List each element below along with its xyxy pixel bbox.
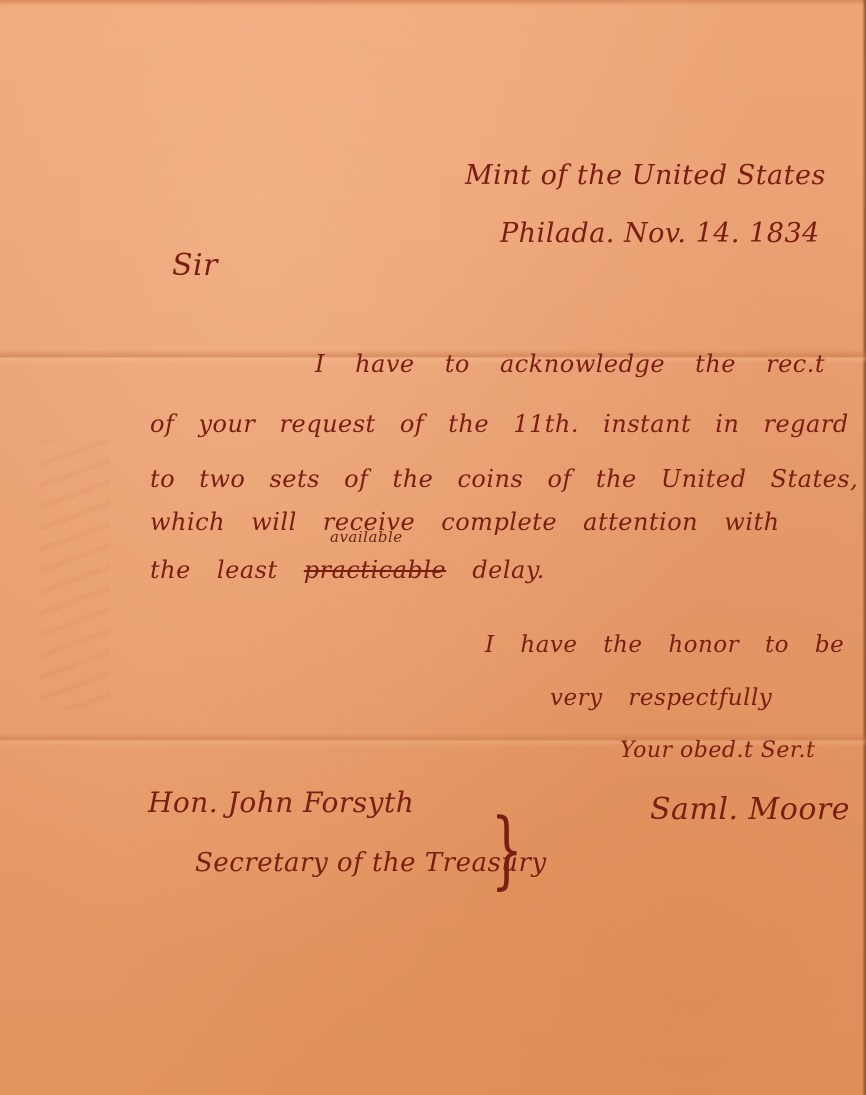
letterhead-place: Mint of the United States bbox=[465, 160, 826, 191]
paper-right-edge bbox=[862, 0, 866, 1095]
body-line-4: which will receive complete attention wi… bbox=[150, 508, 780, 536]
paper-top-edge bbox=[0, 0, 866, 6]
closing-line-3: Your obed.t Ser.t bbox=[620, 738, 815, 763]
inserted-word: available bbox=[330, 528, 403, 546]
body-line-3: to two sets of the coins of the United S… bbox=[150, 465, 858, 493]
body-line-5: the least practicable delay. bbox=[150, 556, 545, 584]
body-line-5-end: delay. bbox=[472, 556, 545, 584]
body-line-2: of your request of the 11th. instant in … bbox=[150, 410, 849, 438]
letter-dateline: Philada. Nov. 14. 1834 bbox=[500, 218, 820, 249]
signature: Saml. Moore bbox=[650, 792, 850, 827]
salutation: Sir bbox=[172, 248, 218, 283]
closing-line-2: very respectfully bbox=[550, 685, 772, 711]
body-line-5-start: the least bbox=[150, 556, 278, 584]
struck-word: practicable bbox=[304, 556, 446, 584]
closing-line-1: I have the honor to be bbox=[485, 632, 844, 658]
ink-bleed-through bbox=[40, 440, 110, 710]
brace-mark: } bbox=[491, 800, 523, 898]
addressee-name: Hon. John Forsyth bbox=[148, 786, 414, 819]
body-line-1: I have to acknowledge the rec.t bbox=[315, 350, 825, 378]
